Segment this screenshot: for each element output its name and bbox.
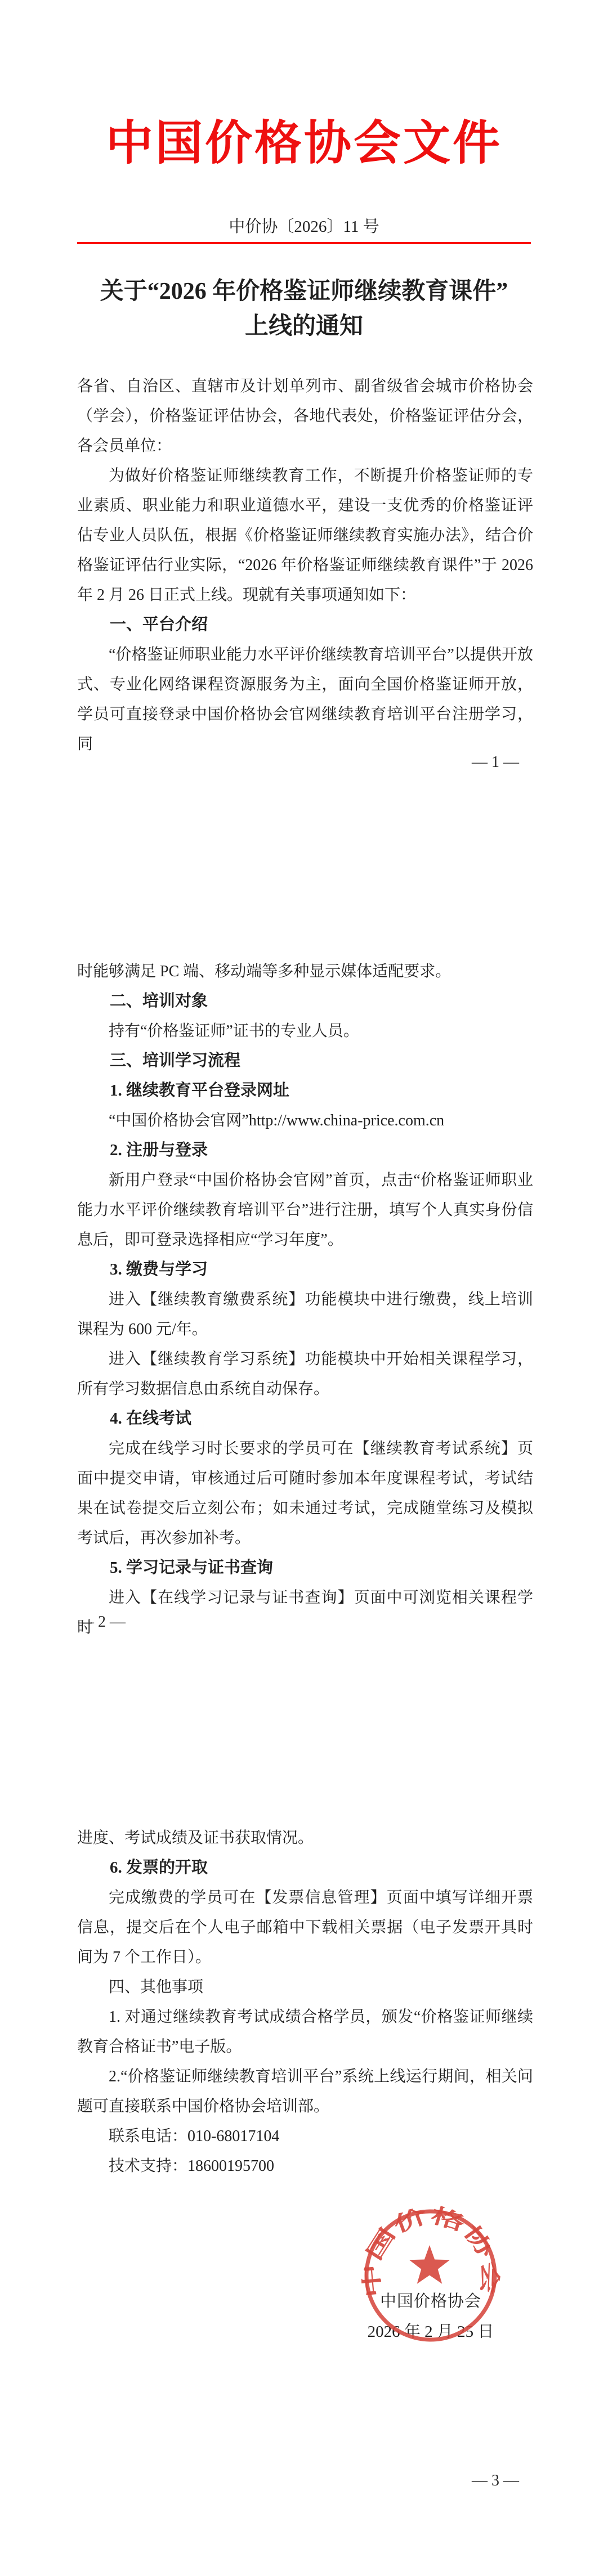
login-url-paragraph: “中国价格协会官网”http://www.china-price.com.cn: [77, 1106, 533, 1136]
subheading-online-exam: 4. 在线考试: [77, 1404, 533, 1434]
records-paragraph-start: 进入【在线学习记录与证书查询】页面中可浏览相关课程学时: [77, 1583, 533, 1642]
official-seal: 中国价格协会: [357, 2203, 504, 2350]
other-matters-item2: 2.“价格鉴证师继续教育培训平台”系统上线运行期间，相关问题可直接联系中国价格协…: [77, 2062, 533, 2121]
page1-body: 各省、自治区、直辖市及计划单列市、副省级省会城市价格协会（学会），价格鉴证评估协…: [77, 371, 533, 759]
intro-paragraph: 为做好价格鉴证师继续教育工作，不断提升价格鉴证师的专业素质、职业能力和职业道德水…: [77, 461, 533, 610]
document-number: 中价协〔2026〕11 号: [0, 216, 608, 237]
training-target-paragraph: 持有“价格鉴证师”证书的专业人员。: [77, 1016, 533, 1046]
subheading-payment-study: 3. 缴费与学习: [77, 1255, 533, 1285]
records-paragraph-continuation: 进度、考试成绩及证书获取情况。: [77, 1823, 533, 1853]
platform-intro-continuation: 时能够满足 PC 端、移动端等多种显示媒体适配要求。: [77, 957, 533, 986]
red-letterhead-title: 中国价格协会文件: [0, 116, 608, 172]
invoice-paragraph: 完成缴费的学员可在【发票信息管理】页面中填写详细开票信息，提交后在个人电子邮箱中…: [77, 1883, 533, 1972]
platform-intro-paragraph: “价格鉴证师职业能力水平评价继续教育培训平台”以提供开放式、专业化网络课程资源服…: [77, 640, 533, 759]
notice-title: 关于“2026 年价格鉴证师继续教育课件” 上线的通知: [0, 274, 608, 344]
notice-title-line2: 上线的通知: [0, 309, 608, 344]
notice-title-line1: 关于“2026 年价格鉴证师继续教育课件”: [0, 274, 608, 309]
heading-training-target: 二、培训对象: [77, 986, 533, 1016]
red-divider-line: [77, 242, 531, 244]
subheading-register-login: 2. 注册与登录: [77, 1136, 533, 1165]
page1-number: — 1 —: [472, 747, 519, 777]
page2-number: — 2 —: [78, 1607, 126, 1637]
page3-body: 进度、考试成绩及证书获取情况。 6. 发票的开取 完成缴费的学员可在【发票信息管…: [77, 1823, 533, 2181]
online-exam-paragraph: 完成在线学习时长要求的学员可在【继续教育考试系统】页面中提交申请，审核通过后可随…: [77, 1434, 533, 1553]
subheading-invoice: 6. 发票的开取: [77, 1853, 533, 1883]
subheading-login-url: 1. 继续教育平台登录网址: [77, 1076, 533, 1106]
register-login-paragraph: 新用户登录“中国价格协会官网”首页，点击“价格鉴证师职业能力水平评价继续教育培训…: [77, 1165, 533, 1255]
heading-other-matters: 四、其他事项: [77, 1972, 533, 2002]
heading-platform-intro: 一、平台介绍: [77, 610, 533, 640]
study-paragraph: 进入【继续教育学习系统】功能模块中开始相关课程学习，所有学习数据信息由系统自动保…: [77, 1344, 533, 1404]
page2-body: 时能够满足 PC 端、移动端等多种显示媒体适配要求。 二、培训对象 持有“价格鉴…: [77, 957, 533, 1642]
payment-paragraph: 进入【继续教育缴费系统】功能模块中进行缴费，线上培训课程为 600 元/年。: [77, 1285, 533, 1344]
subheading-records-certificate: 5. 学习记录与证书查询: [77, 1553, 533, 1583]
official-document: 中国价格协会文件 中价协〔2026〕11 号 关于“2026 年价格鉴证师继续教…: [0, 0, 608, 2576]
recipient-line: 各省、自治区、直辖市及计划单列市、副省级省会城市价格协会（学会），价格鉴证评估协…: [77, 371, 533, 461]
other-matters-item1: 1. 对通过继续教育考试成绩合格学员，颁发“价格鉴证师继续教育合格证书”电子版。: [77, 2002, 533, 2062]
contact-phone-line: 联系电话：010-68017104: [77, 2121, 533, 2151]
star-icon: [409, 2245, 450, 2284]
heading-training-process: 三、培训学习流程: [77, 1046, 533, 1076]
tech-support-line: 技术支持：18600195700: [77, 2151, 533, 2181]
page3-number: — 3 —: [472, 2466, 519, 2496]
